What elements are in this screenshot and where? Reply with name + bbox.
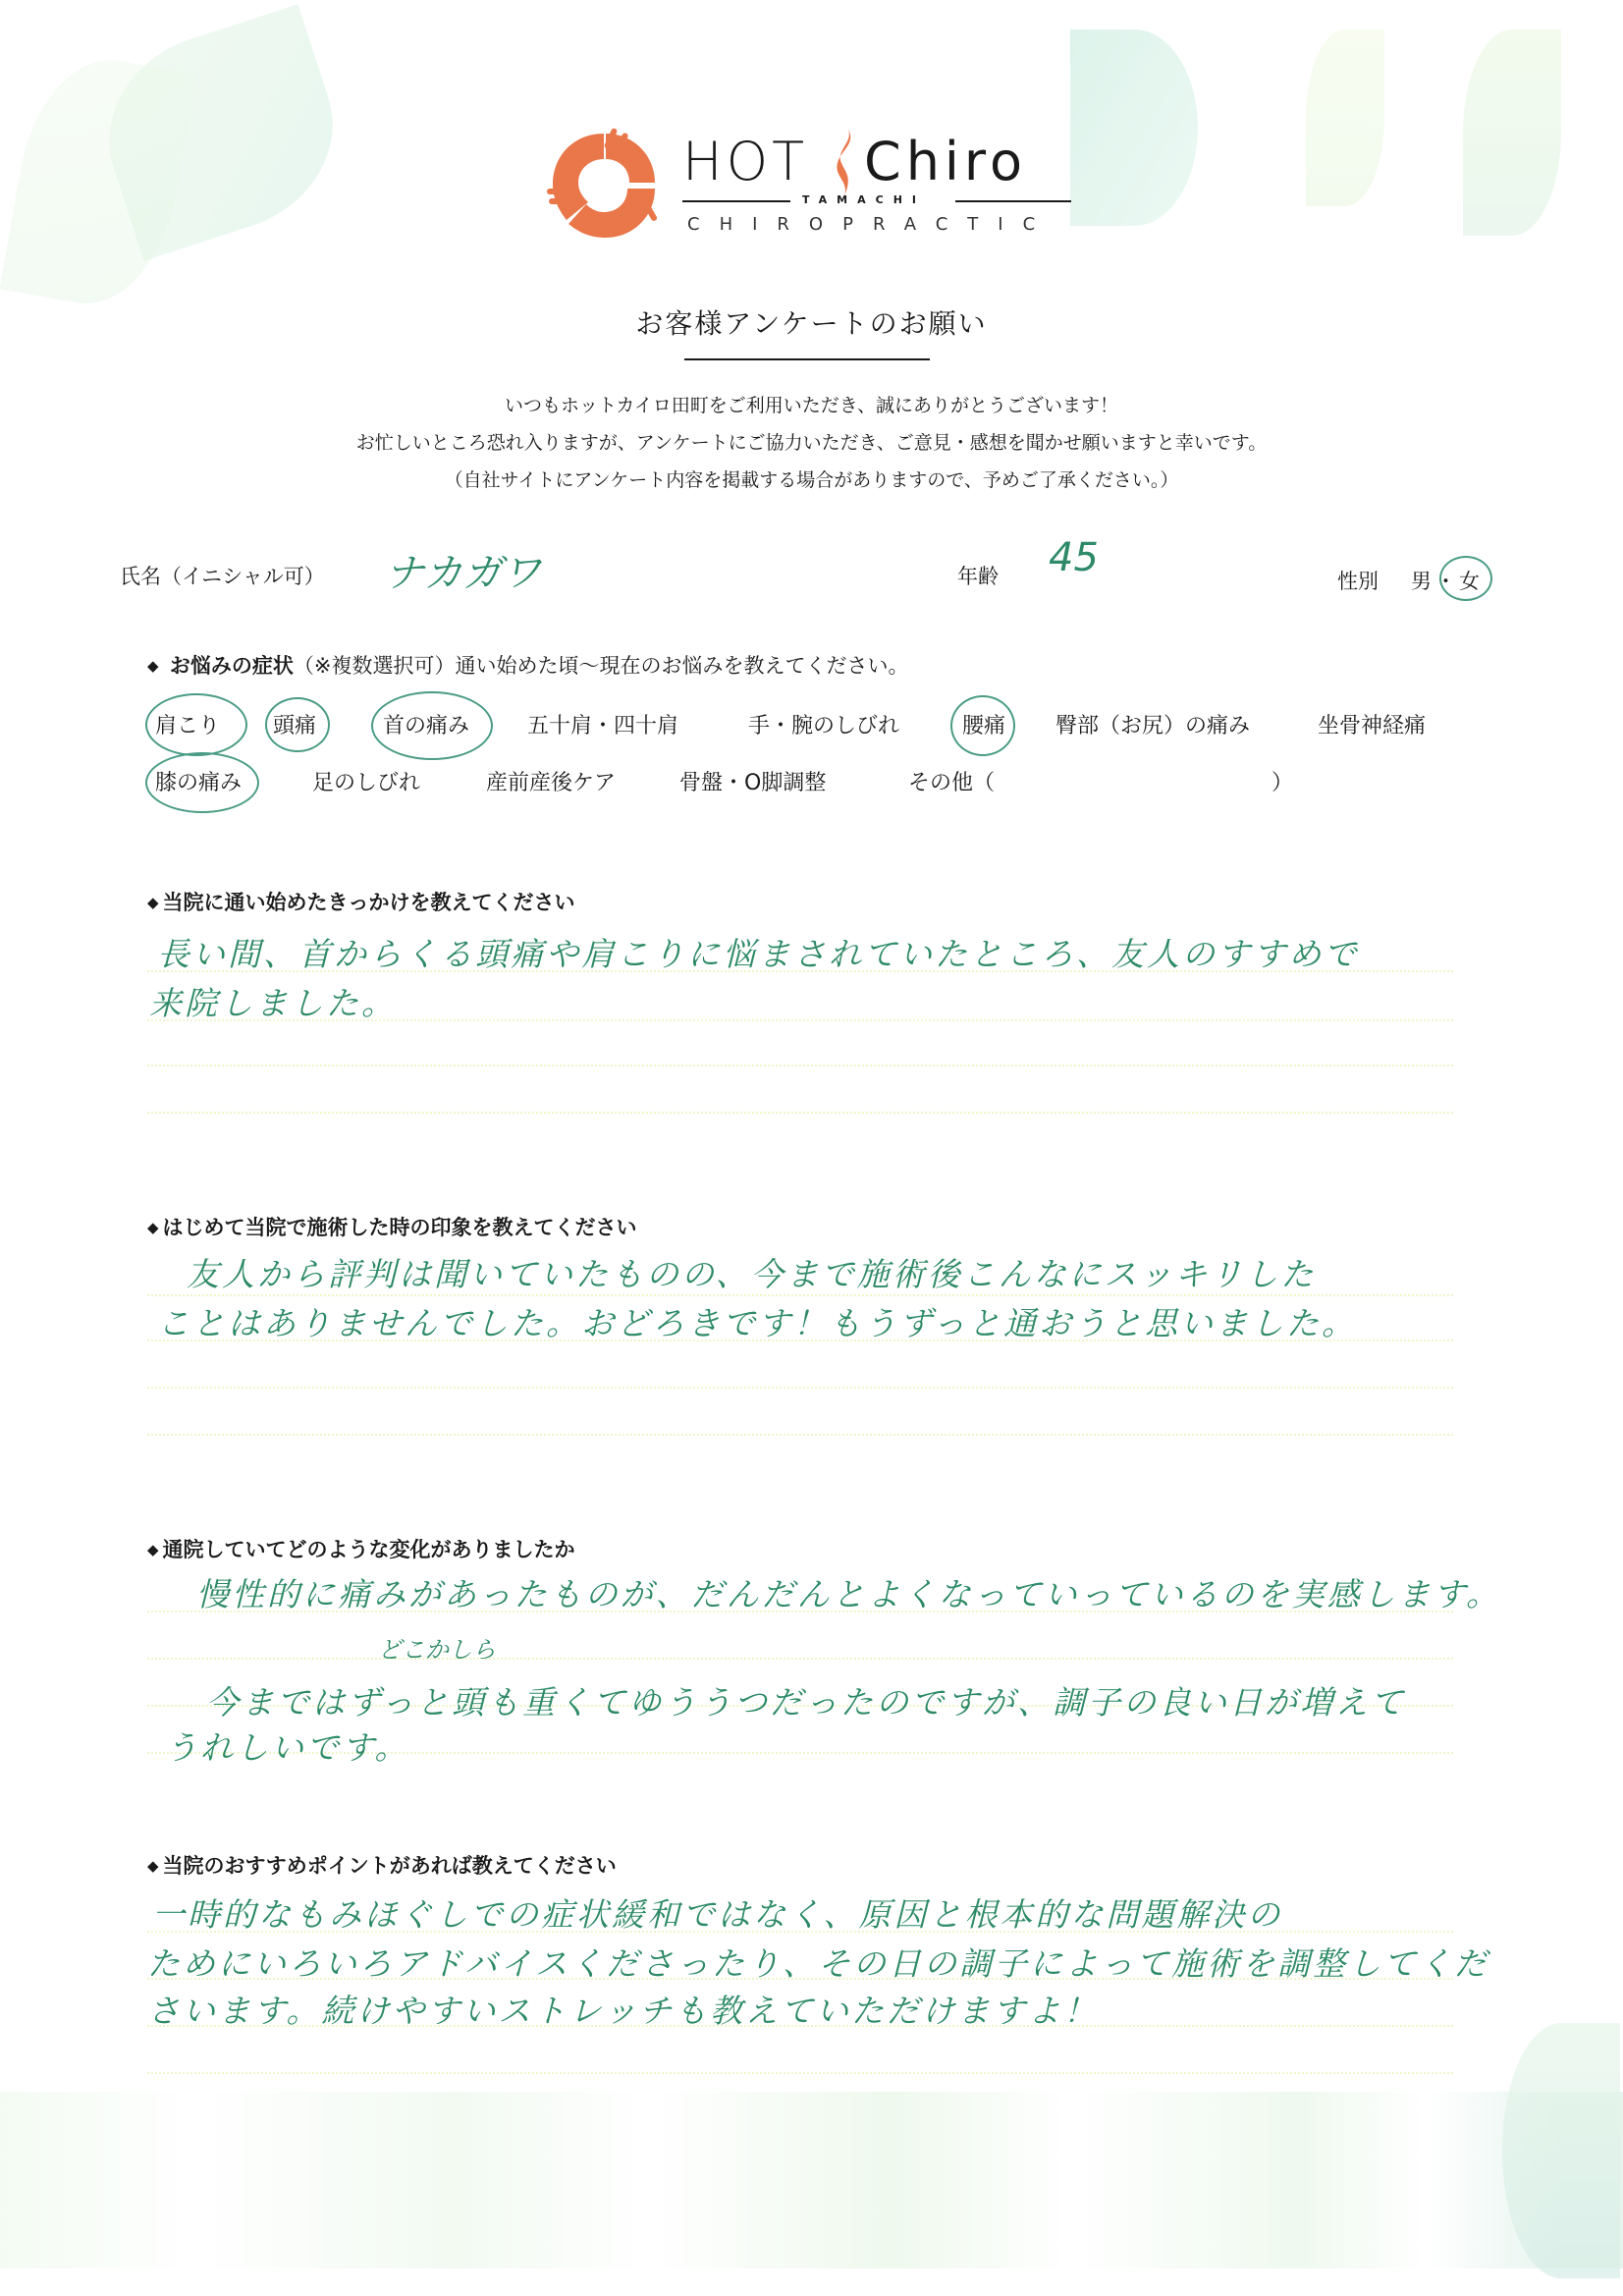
- symptom-option[interactable]: 坐骨神経痛: [1318, 709, 1426, 739]
- answer-line[interactable]: ことはありませんでした。おどろきです！もうずっと通おうと思いました。: [157, 1298, 1357, 1349]
- brand-name-chiro: Chiro: [864, 131, 1027, 192]
- writing-line: [147, 1112, 1453, 1114]
- flame-icon: [830, 128, 859, 198]
- intro-line: （自社サイトにアンケート内容を掲載する場合がありますので、予めご了承ください。）: [0, 465, 1623, 492]
- brand-name-hot: HOT: [682, 131, 808, 192]
- selected-circle-shoulder: [145, 693, 247, 756]
- question-label: お悩みの症状: [170, 654, 294, 678]
- intro-line: いつもホットカイロ田町をご利用いただき、誠にありがとうございます！: [0, 391, 1623, 417]
- clinic-logo: HOT Chiro TAMACHI CHIROPRACTIC: [545, 126, 1095, 248]
- question-note: （※複数選択可）通い始めた頃〜現在のお悩みを教えてください。: [294, 654, 909, 678]
- answer-line[interactable]: 長い間、首からくる頭痛や肩こりに悩まされていたところ、友人のすすめで: [157, 929, 1359, 980]
- answer-line[interactable]: 慢性的に痛みがあったものが、だんだんとよくなっていっているのを実感します。: [196, 1569, 1501, 1620]
- leaf-decoration: [1463, 29, 1561, 236]
- selected-circle-neck: [371, 691, 493, 760]
- name-field[interactable]: ナカガワ: [385, 542, 541, 598]
- leaf-decoration: [0, 2092, 1623, 2269]
- leaf-decoration: [0, 47, 196, 316]
- brand-subtitle: CHIROPRACTIC: [687, 214, 1055, 235]
- symptom-option[interactable]: 手・腕のしびれ: [748, 709, 899, 739]
- symptom-option[interactable]: 五十肩・四十肩: [527, 709, 678, 739]
- symptom-option[interactable]: 臀部（お尻）の痛み: [1055, 709, 1250, 739]
- selected-circle-headache: [265, 697, 330, 752]
- insert-note: どこかしら: [378, 1630, 496, 1665]
- answer-line[interactable]: 今まではずっと頭も重くてゆううつだったのですが、調子の良い日が増えて: [206, 1677, 1406, 1728]
- answer-line[interactable]: 一時的なもみほぐしでの症状緩和ではなく、原因と根本的な問題解決の: [152, 1889, 1282, 1941]
- other-close-paren: ）: [1271, 766, 1293, 796]
- question-heading: 当院のおすすめポイントがあれば教えてください: [147, 1850, 617, 1880]
- hands-circle-icon: [545, 126, 663, 244]
- age-field[interactable]: 45: [1049, 535, 1099, 580]
- intro-line: お忙しいところ恐れ入りますが、アンケートにご協力いただき、ご意見・感想を聞かせ願…: [0, 428, 1623, 455]
- answer-line[interactable]: ためにいろいろアドバイスくださったり、その日の調子によって施術を調整してくだ: [147, 1939, 1489, 1990]
- selected-circle-lowerback: [950, 695, 1015, 756]
- symptom-option-other[interactable]: その他（: [908, 766, 995, 796]
- brand-location: TAMACHI: [802, 193, 926, 206]
- logo-divider: [955, 200, 1071, 202]
- question-heading: 通院していてどのような変化がありましたか: [147, 1534, 575, 1563]
- answer-line[interactable]: 友人から評判は聞いていたものの、今まで施術後こんなにスッキリした: [187, 1249, 1316, 1300]
- writing-line: [147, 1065, 1453, 1066]
- symptom-option[interactable]: 足のしびれ: [312, 766, 420, 796]
- title-divider: [684, 358, 930, 360]
- symptom-option[interactable]: 骨盤・O脚調整: [679, 766, 826, 796]
- logo-divider: [682, 200, 790, 202]
- symptom-option[interactable]: 産前産後ケア: [486, 766, 616, 796]
- answer-line[interactable]: うれしいです。: [165, 1722, 409, 1774]
- answer-line[interactable]: さいます。続けやすいストレッチも教えていただけますよ！: [147, 1986, 1099, 2037]
- selected-circle-knee: [145, 752, 259, 813]
- writing-line: [147, 1434, 1453, 1436]
- question-heading: はじめて当院で施術した時の印象を教えてください: [147, 1212, 637, 1241]
- gender-option-male[interactable]: 男: [1411, 566, 1432, 595]
- gender-selected-circle: [1439, 556, 1492, 601]
- leaf-decoration: [1306, 29, 1384, 206]
- page-title: お客様アンケートのお願い: [0, 302, 1623, 342]
- answer-line[interactable]: 来院しました。: [149, 978, 397, 1029]
- age-label: 年齢: [957, 561, 999, 590]
- name-label: 氏名（イニシャル可）: [120, 561, 325, 590]
- question-heading: 当院に通い始めたきっかけを教えてください: [147, 887, 575, 916]
- writing-line: [147, 1658, 1453, 1660]
- gender-label: 性別: [1337, 566, 1379, 595]
- writing-line: [147, 2072, 1453, 2074]
- leaf-decoration: [1502, 2023, 1620, 2278]
- writing-line: [147, 1387, 1453, 1389]
- symptoms-question: お悩みの症状（※複数選択可）通い始めた頃〜現在のお悩みを教えてください。: [147, 650, 908, 680]
